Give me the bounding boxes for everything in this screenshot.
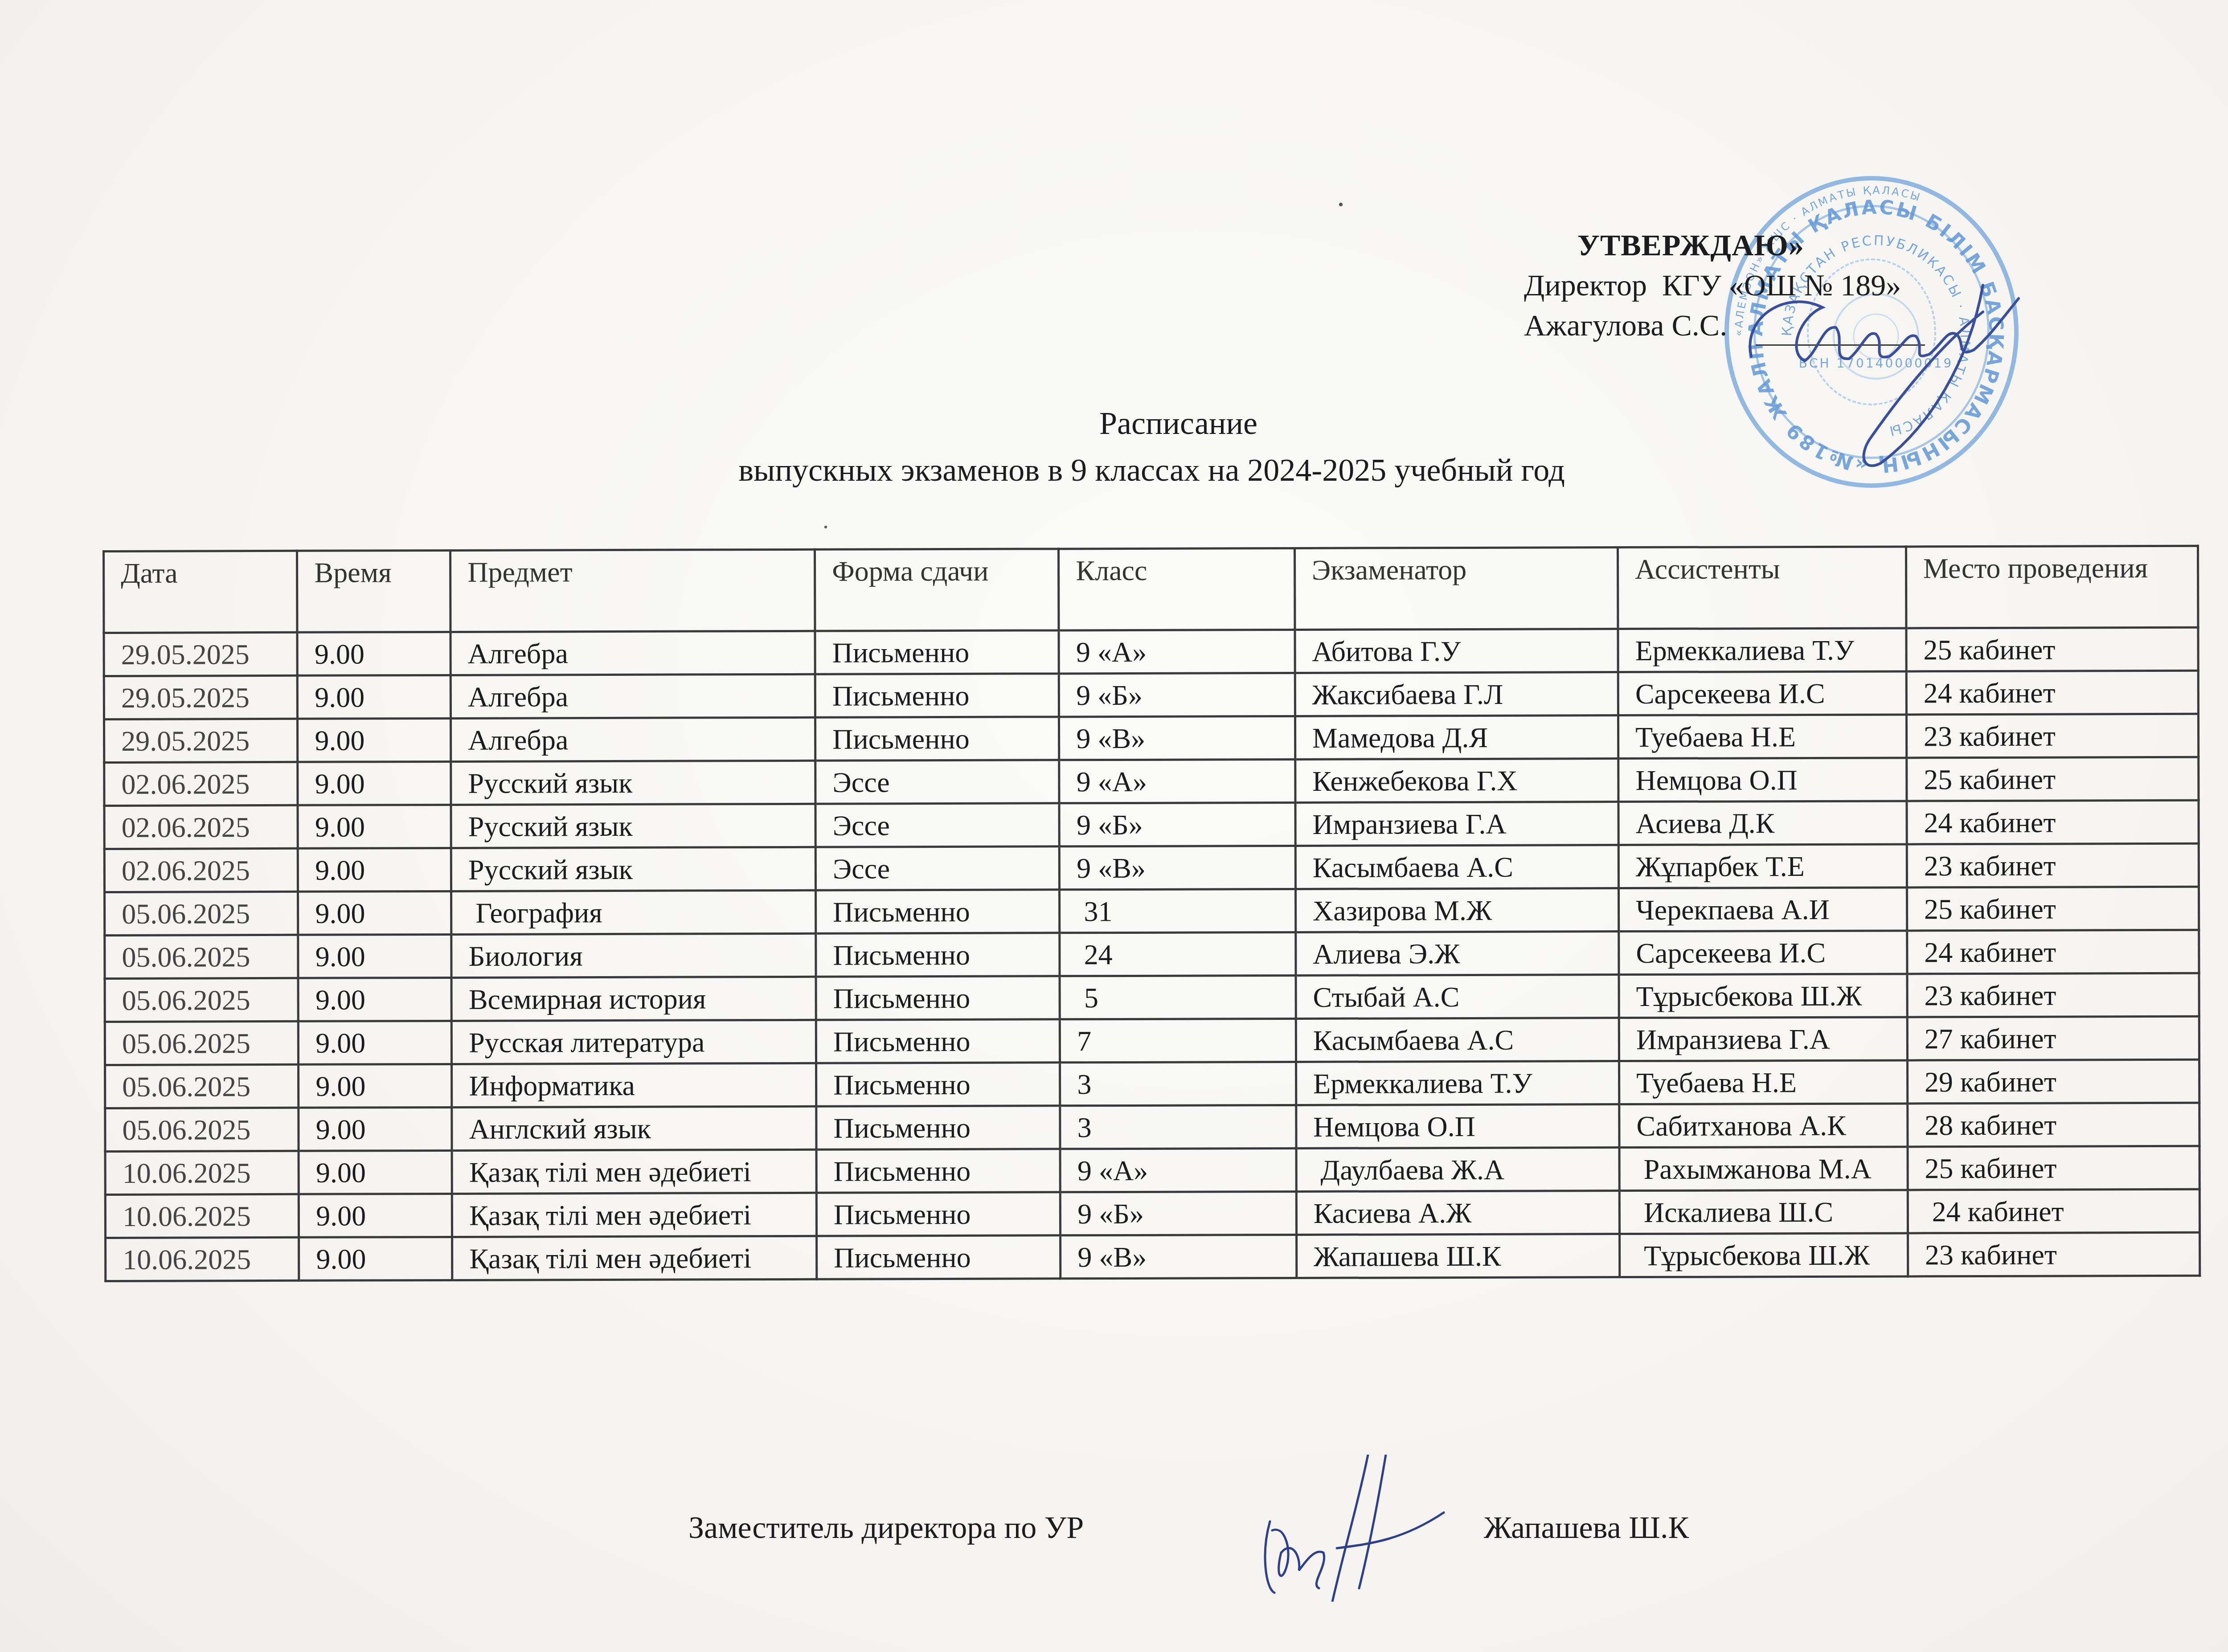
cell-form: Письменно bbox=[817, 1235, 1061, 1279]
cell-subject: Алгебра bbox=[451, 717, 815, 761]
cell-subject: Русский язык bbox=[451, 847, 815, 891]
cell-examiner: Алиева Э.Ж bbox=[1296, 932, 1619, 976]
cell-date: 02.06.2025 bbox=[104, 805, 298, 849]
table-row: 05.06.20259.00ИнформатикаПисьменно3Ермек… bbox=[105, 1059, 2199, 1108]
table-row: 29.05.20259.00АлгебраПисьменно9 «Б»Жакси… bbox=[104, 671, 2198, 719]
cell-assistant: Тұрысбекова Ш.Ж bbox=[1620, 1233, 1908, 1277]
cell-assistant: Немцова О.П bbox=[1618, 758, 1907, 802]
cell-time: 9.00 bbox=[298, 675, 451, 719]
cell-form: Письменно bbox=[816, 1106, 1061, 1149]
cell-class: 24 bbox=[1060, 932, 1296, 976]
table-row: 10.06.20259.00Қазақ тілі мен әдебиетіПис… bbox=[106, 1232, 2200, 1281]
document-page: АЛМАТЫ ҚАЛАСЫ БІЛІМ БАСҚАРМАСЫНЫҢ «№189 … bbox=[0, 0, 2228, 1652]
table-row: 05.06.20259.00Всемирная историяПисьменно… bbox=[105, 973, 2199, 1022]
cell-time: 9.00 bbox=[299, 1021, 452, 1064]
cell-examiner: Мамедова Д.Я bbox=[1295, 716, 1618, 760]
deputy-signature bbox=[1257, 1455, 1479, 1602]
cell-assistant: Сарсекеева И.С bbox=[1619, 931, 1907, 975]
table-row: 05.06.20259.00Англский языкПисьменно3Нем… bbox=[105, 1103, 2199, 1151]
cell-date: 10.06.2025 bbox=[105, 1194, 299, 1238]
cell-time: 9.00 bbox=[298, 805, 451, 848]
ink-speck bbox=[1339, 203, 1343, 206]
cell-date: 10.06.2025 bbox=[106, 1237, 299, 1281]
exam-schedule-table: Дата Время Предмет Форма сдачи Класс Экз… bbox=[102, 545, 2201, 1282]
cell-assistant: Рахымжанова М.А bbox=[1619, 1147, 1908, 1191]
cell-place: 27 кабинет bbox=[1907, 1016, 2199, 1060]
cell-date: 05.06.2025 bbox=[105, 1021, 299, 1065]
cell-examiner: Абитова Г.У bbox=[1295, 629, 1618, 673]
cell-subject: Русский язык bbox=[451, 804, 815, 848]
col-header-subject: Предмет bbox=[451, 549, 815, 632]
cell-form: Письменно bbox=[816, 933, 1060, 977]
cell-form: Письменно bbox=[815, 630, 1059, 674]
cell-subject: Англский язык bbox=[452, 1106, 816, 1150]
cell-place: 23 кабинет bbox=[1908, 1232, 2199, 1276]
cell-date: 05.06.2025 bbox=[105, 1108, 299, 1151]
cell-time: 9.00 bbox=[299, 1107, 452, 1151]
cell-form: Письменно bbox=[816, 1019, 1060, 1063]
cell-examiner: Имранзиева Г.А bbox=[1295, 802, 1618, 846]
table-row: 02.06.20259.00Русский языкЭссе9 «Б»Имран… bbox=[104, 800, 2199, 849]
cell-assistant: Туебаева Н.Е bbox=[1618, 715, 1906, 759]
cell-date: 29.05.2025 bbox=[104, 675, 298, 719]
cell-class: 9 «А» bbox=[1059, 630, 1295, 673]
cell-place: 28 кабинет bbox=[1908, 1103, 2199, 1147]
cell-examiner: Жаксибаева Г.Л bbox=[1295, 672, 1618, 716]
cell-examiner: Кенжебекова Г.Х bbox=[1295, 759, 1618, 803]
cell-class: 9 «Б» bbox=[1059, 673, 1295, 716]
cell-examiner: Хазирова М.Ж bbox=[1295, 888, 1618, 932]
cell-assistant: Имранзиева Г.А bbox=[1619, 1017, 1907, 1061]
cell-examiner: Касымбаева А.С bbox=[1295, 845, 1618, 889]
cell-class: 9 «В» bbox=[1061, 1235, 1297, 1278]
cell-examiner: Немцова О.П bbox=[1296, 1104, 1619, 1149]
ink-speck bbox=[824, 526, 827, 528]
table-header-row: Дата Время Предмет Форма сдачи Класс Экз… bbox=[104, 546, 2198, 633]
cell-assistant: Жұпарбек Т.Е bbox=[1618, 844, 1907, 888]
table-row: 10.06.20259.00Қазақ тілі мен әдебиетіПис… bbox=[105, 1146, 2199, 1194]
cell-assistant: Сарсекеева И.С bbox=[1618, 671, 1906, 716]
cell-subject: Қазақ тілі мен әдебиеті bbox=[452, 1193, 816, 1237]
cell-form: Письменно bbox=[816, 1149, 1061, 1193]
cell-time: 9.00 bbox=[298, 761, 451, 805]
cell-date: 29.05.2025 bbox=[104, 719, 298, 762]
cell-examiner: Даулбаева Ж.А bbox=[1296, 1148, 1619, 1192]
table-row: 05.06.20259.00 ГеографияПисьменно 31Хази… bbox=[105, 887, 2199, 935]
table-row: 29.05.20259.00АлгебраПисьменно9 «В»Мамед… bbox=[104, 714, 2198, 762]
col-header-assistants: Ассистенты bbox=[1618, 547, 1906, 629]
cell-date: 05.06.2025 bbox=[105, 978, 299, 1022]
cell-time: 9.00 bbox=[298, 977, 451, 1021]
cell-subject: Русский язык bbox=[451, 761, 815, 805]
cell-assistant: Туебаева Н.Е bbox=[1619, 1060, 1908, 1104]
deputy-name: Жапашева Ш.К bbox=[1484, 1508, 1689, 1548]
cell-form: Эссе bbox=[815, 803, 1060, 847]
cell-subject: Қазақ тілі мен әдебиеті bbox=[452, 1149, 816, 1194]
cell-form: Письменно bbox=[815, 717, 1060, 761]
table-row: 29.05.20259.00АлгебраПисьменно9 «А»Абито… bbox=[104, 627, 2198, 676]
cell-class: 31 bbox=[1060, 889, 1296, 932]
col-header-time: Время bbox=[297, 550, 451, 632]
cell-time: 9.00 bbox=[297, 632, 451, 675]
cell-subject: Биология bbox=[451, 933, 816, 977]
cell-time: 9.00 bbox=[299, 1237, 452, 1280]
cell-class: 9 «Б» bbox=[1059, 802, 1295, 846]
cell-class: 7 bbox=[1060, 1018, 1296, 1062]
cell-subject: Алгебра bbox=[451, 674, 815, 718]
cell-examiner: Касиева А.Ж bbox=[1296, 1191, 1619, 1235]
cell-form: Письменно bbox=[816, 890, 1060, 933]
cell-time: 9.00 bbox=[298, 891, 451, 935]
col-header-examiner: Экзаменатор bbox=[1294, 548, 1618, 630]
col-header-place: Место проведения bbox=[1906, 546, 2198, 628]
director-signature bbox=[1733, 249, 2045, 481]
cell-assistant: Ермеккалиева Т.У bbox=[1618, 628, 1906, 672]
col-header-form: Форма сдачи bbox=[815, 549, 1059, 631]
cell-subject: География bbox=[451, 890, 816, 934]
cell-examiner: Ермеккалиева Т.У bbox=[1296, 1061, 1619, 1105]
cell-class: 9 «А» bbox=[1060, 1148, 1296, 1192]
cell-subject: Информатика bbox=[452, 1063, 816, 1107]
cell-date: 02.06.2025 bbox=[104, 848, 298, 892]
cell-form: Письменно bbox=[816, 976, 1060, 1020]
cell-class: 3 bbox=[1060, 1062, 1296, 1105]
cell-time: 9.00 bbox=[298, 848, 451, 891]
document-title: Расписание bbox=[0, 403, 2228, 443]
cell-place: 24 кабинет bbox=[1907, 800, 2199, 844]
cell-time: 9.00 bbox=[299, 1194, 452, 1237]
cell-subject: Қазақ тілі мен әдебиеті bbox=[452, 1236, 817, 1280]
cell-time: 9.00 bbox=[298, 934, 451, 978]
cell-date: 05.06.2025 bbox=[105, 891, 299, 935]
cell-class: 9 «В» bbox=[1059, 716, 1295, 760]
cell-date: 05.06.2025 bbox=[105, 935, 299, 978]
col-header-class: Класс bbox=[1059, 548, 1295, 630]
col-header-date: Дата bbox=[104, 551, 298, 633]
cell-place: 25 кабинет bbox=[1907, 887, 2199, 931]
cell-form: Эссе bbox=[815, 760, 1060, 804]
cell-place: 29 кабинет bbox=[1907, 1059, 2199, 1104]
cell-class: 5 bbox=[1060, 975, 1296, 1019]
cell-place: 25 кабинет bbox=[1907, 757, 2199, 801]
deputy-role: Заместитель директора по УР bbox=[688, 1508, 1084, 1548]
cell-form: Письменно bbox=[815, 674, 1059, 717]
table-row: 05.06.20259.00Русская литератураПисьменн… bbox=[105, 1016, 2199, 1065]
cell-examiner: Стыбай А.С bbox=[1296, 975, 1619, 1019]
cell-class: 9 «А» bbox=[1059, 759, 1295, 803]
cell-examiner: Касымбаева А.С bbox=[1296, 1018, 1619, 1062]
cell-place: 23 кабинет bbox=[1907, 973, 2199, 1017]
cell-date: 29.05.2025 bbox=[104, 632, 298, 676]
cell-form: Эссе bbox=[815, 846, 1060, 890]
table-row: 02.06.20259.00Русский языкЭссе9 «А»Кенже… bbox=[104, 757, 2199, 806]
table-row: 10.06.20259.00Қазақ тілі мен әдебиетіПис… bbox=[105, 1189, 2199, 1238]
document-subtitle: выпускных экзаменов в 9 классах на 2024-… bbox=[0, 450, 2228, 490]
cell-class: 9 «Б» bbox=[1061, 1191, 1297, 1235]
cell-date: 02.06.2025 bbox=[104, 762, 298, 806]
cell-assistant: Черекпаева А.И bbox=[1618, 887, 1907, 932]
cell-place: 25 кабинет bbox=[1908, 1146, 2199, 1190]
cell-assistant: Сабитханова А.К bbox=[1619, 1104, 1908, 1148]
cell-form: Письменно bbox=[816, 1192, 1061, 1236]
cell-assistant: Искалиева Ш.С bbox=[1619, 1190, 1908, 1234]
cell-place: 23 кабинет bbox=[1907, 843, 2199, 887]
cell-assistant: Тұрысбекова Ш.Ж bbox=[1619, 974, 1907, 1018]
cell-time: 9.00 bbox=[299, 1064, 452, 1108]
cell-subject: Русская литература bbox=[451, 1020, 816, 1064]
cell-date: 05.06.2025 bbox=[105, 1064, 299, 1108]
cell-place: 25 кабинет bbox=[1906, 627, 2198, 671]
cell-subject: Всемирная история bbox=[451, 977, 816, 1021]
cell-date: 10.06.2025 bbox=[105, 1151, 299, 1194]
cell-examiner: Жапашева Ш.К bbox=[1296, 1234, 1619, 1278]
cell-subject: Алгебра bbox=[451, 631, 815, 675]
table-row: 05.06.20259.00БиологияПисьменно 24Алиева… bbox=[105, 930, 2199, 978]
cell-class: 9 «В» bbox=[1060, 846, 1296, 889]
table-row: 02.06.20259.00Русский языкЭссе9 «В»Касым… bbox=[104, 843, 2199, 892]
cell-form: Письменно bbox=[816, 1063, 1061, 1106]
cell-class: 3 bbox=[1060, 1105, 1296, 1149]
cell-place: 23 кабинет bbox=[1906, 714, 2198, 758]
cell-place: 24 кабинет bbox=[1908, 1189, 2199, 1233]
cell-time: 9.00 bbox=[299, 1150, 452, 1194]
cell-place: 24 кабинет bbox=[1906, 671, 2198, 715]
cell-assistant: Асиева Д.К bbox=[1618, 801, 1907, 845]
cell-time: 9.00 bbox=[298, 718, 451, 762]
cell-place: 24 кабинет bbox=[1907, 930, 2199, 974]
